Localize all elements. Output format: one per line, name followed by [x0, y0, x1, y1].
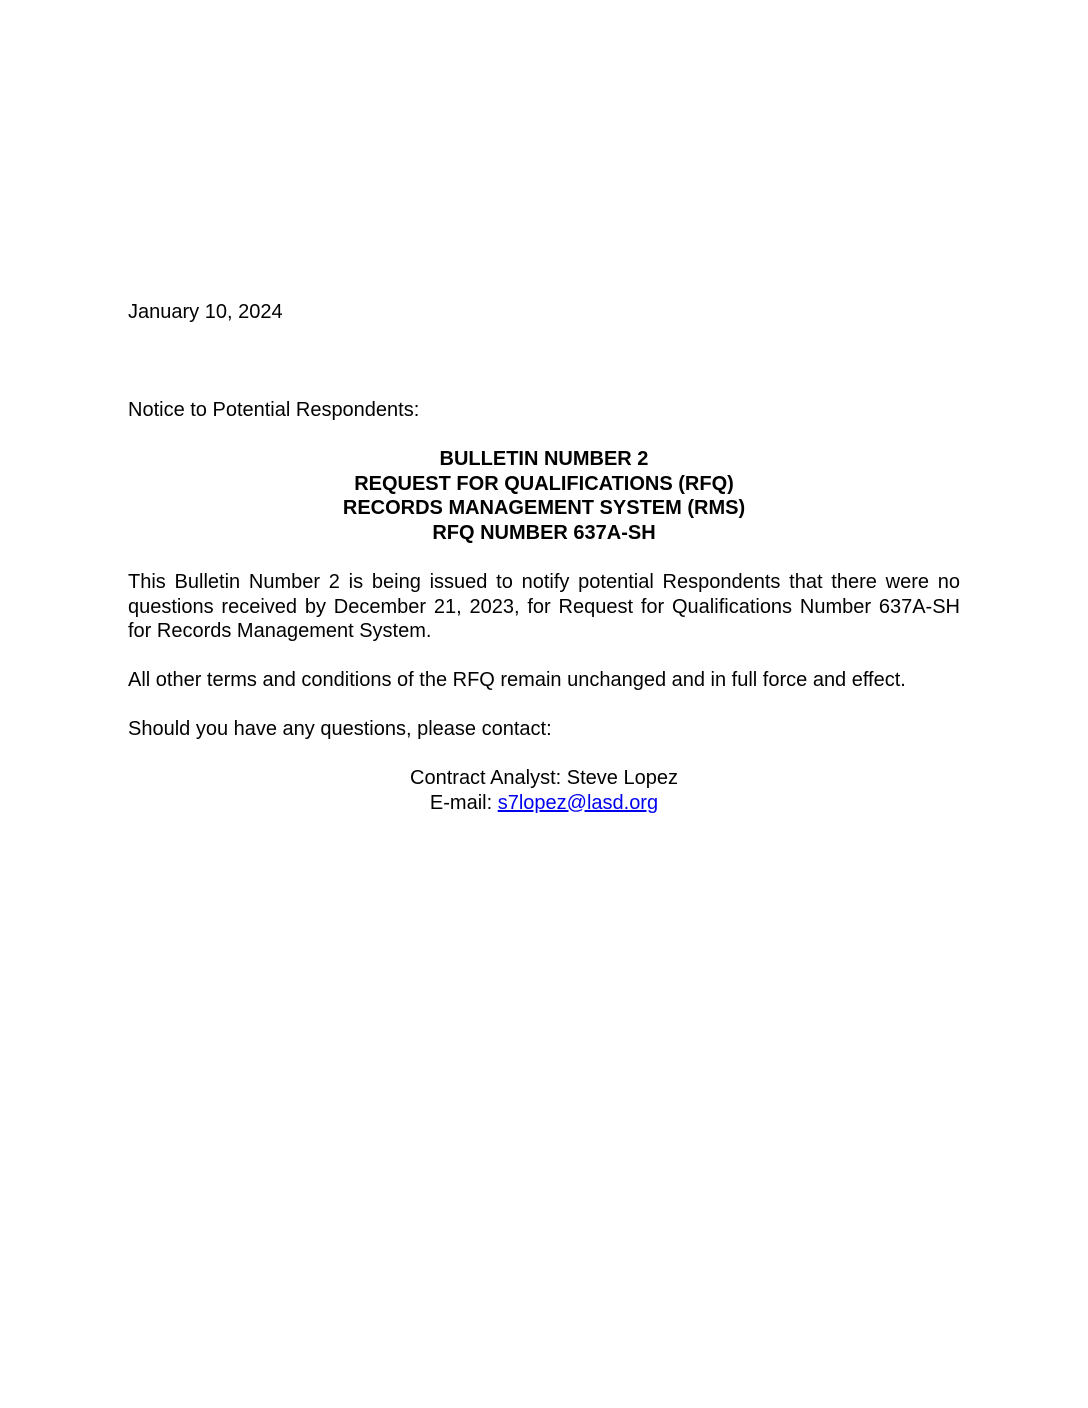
email-link[interactable]: s7lopez@lasd.org	[498, 792, 658, 814]
system-heading: RECORDS MANAGEMENT SYSTEM (RMS)	[128, 496, 960, 521]
contact-email-line: E-mail: s7lopez@lasd.org	[128, 791, 960, 816]
rfq-number-heading: RFQ NUMBER 637A-SH	[128, 521, 960, 546]
contact-analyst: Contract Analyst: Steve Lopez	[128, 766, 960, 791]
notice-paragraph: This Bulletin Number 2 is being issued t…	[128, 570, 960, 644]
bulletin-number-heading: BULLETIN NUMBER 2	[128, 447, 960, 472]
email-label: E-mail:	[430, 792, 498, 814]
document-page: January 10, 2024 Notice to Potential Res…	[0, 0, 1088, 1408]
contact-block: Contract Analyst: Steve Lopez E-mail: s7…	[128, 766, 960, 815]
letter-date: January 10, 2024	[128, 300, 283, 324]
bulletin-title-block: BULLETIN NUMBER 2 REQUEST FOR QUALIFICAT…	[128, 447, 960, 545]
rfq-heading: REQUEST FOR QUALIFICATIONS (RFQ)	[128, 472, 960, 497]
terms-paragraph: All other terms and conditions of the RF…	[128, 668, 960, 693]
contact-prompt: Should you have any questions, please co…	[128, 717, 960, 742]
salutation: Notice to Potential Respondents:	[128, 398, 419, 422]
